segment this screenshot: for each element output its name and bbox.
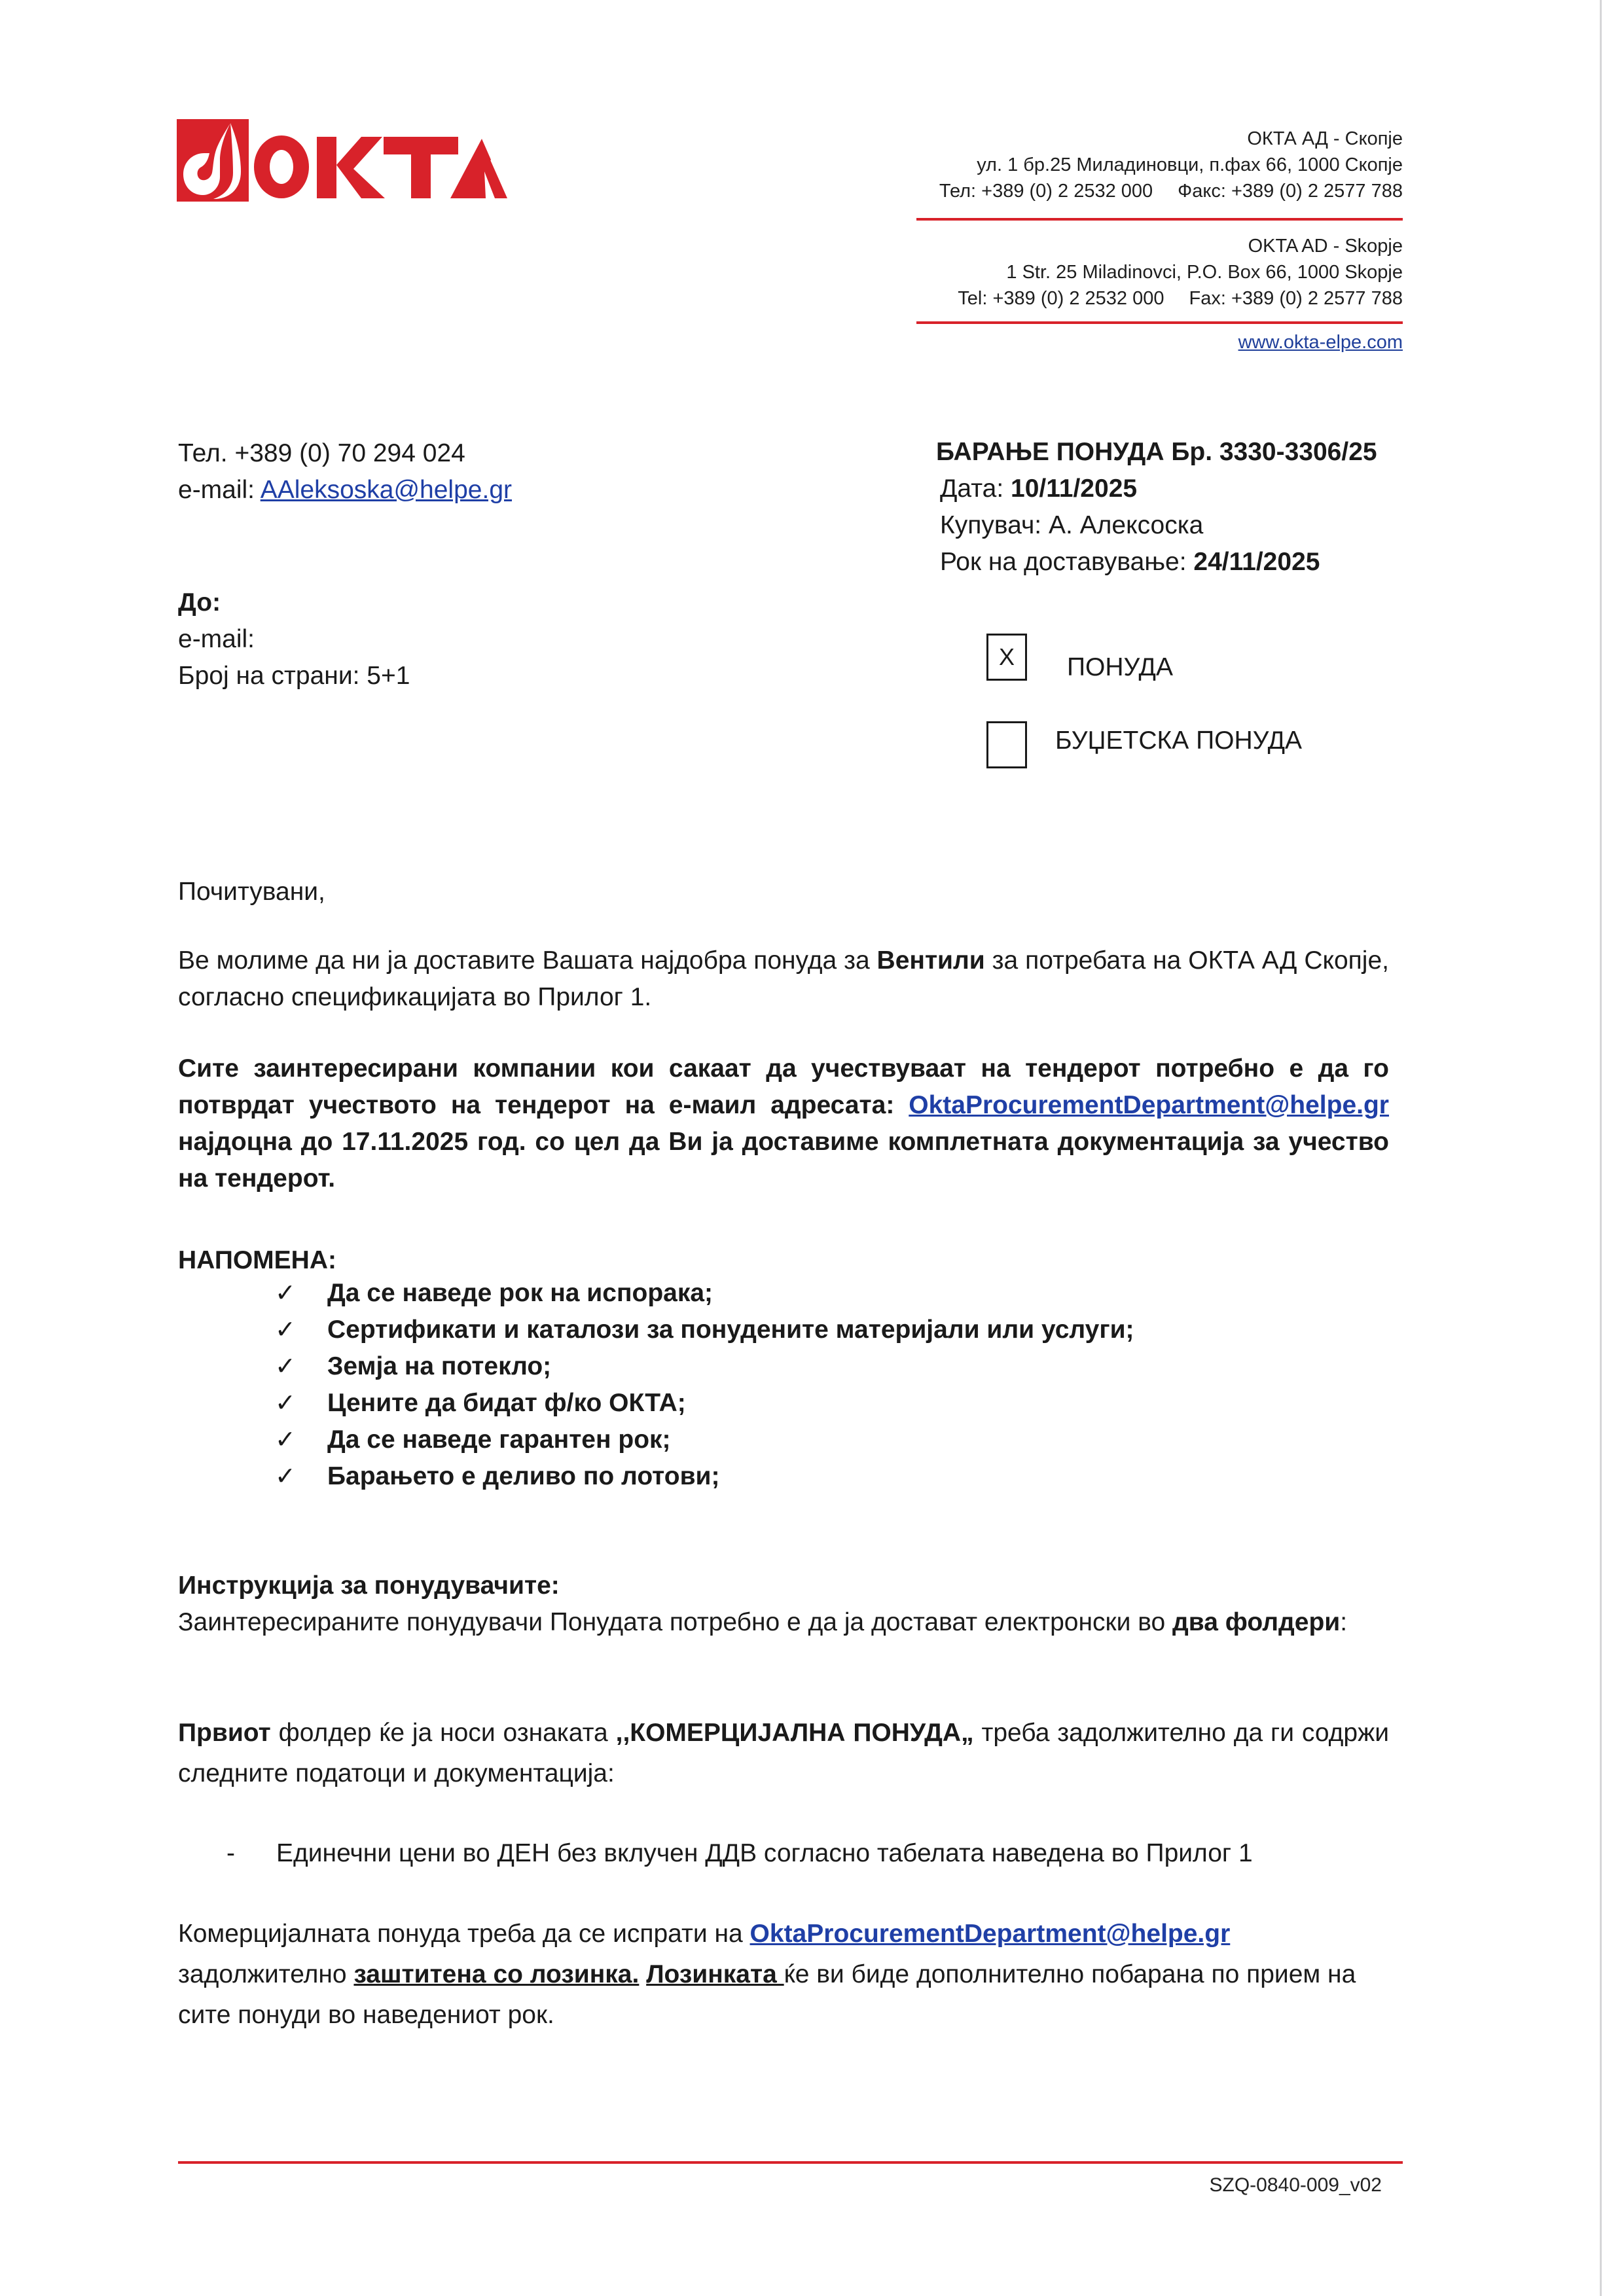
page-count: Број на страни: 5+1 [178, 658, 410, 694]
phone-fax-mk: Тел: +389 (0) 2 2532 000Факс: +389 (0) 2… [939, 178, 1403, 204]
budget-offer-checkbox-label: БУЏЕТСКА ПОНУДА [1055, 726, 1302, 755]
note-text: Сертификати и каталози за понудените мат… [327, 1312, 1134, 1348]
two-folders: два фолдери [1172, 1608, 1340, 1636]
procurement-email-link[interactable]: OktaProcurementDepartment@helpe.gr [909, 1091, 1389, 1119]
phone-mk: Тел: +389 (0) 2 2532 000 [939, 181, 1153, 202]
procurement-email-link[interactable]: OktaProcurementDepartment@helpe.gr [750, 1920, 1231, 1948]
offer-checkbox[interactable]: X [986, 634, 1027, 681]
header-divider [916, 218, 1403, 221]
letterhead-en: OKTA AD - Skopje 1 Str. 25 Miladinovci, … [958, 233, 1403, 312]
spacer [639, 1960, 646, 1988]
notes-list: ✓Да се наведе рок на испорака; ✓Сертифик… [275, 1275, 1134, 1495]
to-label: До: [178, 584, 410, 621]
company-name-mk: ОКТА АД - Скопје [939, 126, 1403, 152]
instructions-text-end: : [1340, 1608, 1347, 1636]
list-item: ✓Земја на потекло; [275, 1348, 1134, 1385]
intro-paragraph: Ве молиме да ни ја доставите Вашата најд… [178, 942, 1389, 1016]
fax-mk: Факс: +389 (0) 2 2577 788 [1178, 181, 1403, 202]
checkmark-icon: ✓ [275, 1385, 327, 1422]
sender-phone: Тел. +389 (0) 70 294 024 [178, 435, 512, 472]
instructions-text: Заинтересираните понудувачи Понудата пот… [178, 1608, 1172, 1636]
recipient-email: e-mail: [178, 621, 410, 658]
sender-email-row: e-mail: AAleksoska@helpe.gr [178, 472, 512, 509]
list-item: ✓Да се наведе гарантен рок; [275, 1422, 1134, 1458]
commercial-offer-label: ,,КОМЕРЦИЈАЛНА ПОНУДА„ [616, 1719, 974, 1747]
password-protected: заштитена со лозинка. [353, 1960, 639, 1988]
phone-fax-en: Tel: +389 (0) 2 2532 000Fax: +389 (0) 2 … [958, 285, 1403, 312]
note-text: Барањето е деливо по лотови; [327, 1458, 720, 1495]
fax-en: Fax: +389 (0) 2 2577 788 [1189, 288, 1403, 309]
note-text: Цените да бидат ф/ко ОКТА; [327, 1385, 686, 1422]
tender-paragraph: Сите заинтересирани компании кои сакаат … [178, 1050, 1389, 1197]
date-label: Дата: [940, 475, 1011, 503]
request-date-row: Дата: 10/11/2025 [940, 471, 1377, 507]
list-item: ✓Сертификати и каталози за понудените ма… [275, 1312, 1134, 1348]
commercial-paragraph: Комерцијалната понуда треба да се испрат… [178, 1914, 1389, 2036]
sender-email-link[interactable]: AAleksoska@helpe.gr [261, 476, 512, 504]
note-heading: НАПОМЕНА: [178, 1242, 1389, 1279]
checkmark-icon: ✓ [275, 1275, 327, 1312]
first-folder-text: фолдер ќе ја носи ознаката [271, 1719, 616, 1747]
okta-drop-icon [177, 119, 249, 202]
note-text: Да се наведе рок на испорака; [327, 1275, 713, 1312]
intro-text: Ве молиме да ни ја доставите Вашата најд… [178, 946, 877, 975]
okta-wordmark [254, 135, 507, 198]
buyer: Купувач: А. Алексоска [940, 507, 1377, 544]
recipient-block: До: e-mail: Број на страни: 5+1 [178, 584, 410, 694]
header-divider [916, 321, 1403, 324]
request-title: БАРАЊЕ ПОНУДА Бр. 3330-3306/25 [936, 434, 1377, 471]
commercial-text-mid: задолжително [178, 1960, 353, 1988]
request-date: 10/11/2025 [1011, 475, 1137, 503]
checkmark-icon: ✓ [275, 1348, 327, 1385]
bullet-text: Единечни цени во ДЕН без вклучен ДДВ сог… [276, 1839, 1253, 1868]
sender-email-label: e-mail: [178, 476, 261, 504]
okta-logo [177, 119, 507, 202]
instructions-heading: Инструкција за понудувачите: [178, 1568, 1389, 1604]
scan-edge-line [1600, 0, 1602, 2296]
checkmark-icon: ✓ [275, 1422, 327, 1458]
website-link[interactable]: www.okta-elpe.com [1238, 332, 1403, 353]
sender-contact: Тел. +389 (0) 70 294 024 e-mail: AAlekso… [178, 435, 512, 509]
instructions-paragraph: Заинтересираните понудувачи Понудата пот… [178, 1604, 1389, 1641]
dash-bullet-icon: - [226, 1839, 276, 1868]
commercial-text: Комерцијалната понуда треба да се испрат… [178, 1920, 750, 1948]
first-label: Првиот [178, 1719, 271, 1747]
note-text: Земја на потекло; [327, 1348, 551, 1385]
requested-item: Вентили [877, 946, 985, 975]
password-label: Лозинката [646, 1960, 784, 1988]
address-mk: ул. 1 бр.25 Миладиновци, п.фах 66, 1000 … [939, 152, 1403, 178]
deadline-row: Рок на доставување: 24/11/2025 [940, 544, 1377, 581]
request-info: БАРАЊЕ ПОНУДА Бр. 3330-3306/25 Дата: 10/… [940, 434, 1377, 581]
note-text: Да се наведе гарантен рок; [327, 1422, 671, 1458]
list-item: ✓Да се наведе рок на испорака; [275, 1275, 1134, 1312]
checkmark-icon: ✓ [275, 1458, 327, 1495]
greeting: Почитувани, [178, 874, 1389, 910]
footer-divider [178, 2161, 1403, 2164]
address-en: 1 Str. 25 Miladinovci, P.O. Box 66, 1000… [958, 259, 1403, 285]
deadline-date: 24/11/2025 [1193, 548, 1320, 576]
offer-checkbox-label: ПОНУДА [1067, 653, 1173, 682]
requirement-bullet: -Единечни цени во ДЕН без вклучен ДДВ со… [226, 1839, 1253, 1868]
letterhead-mk: ОКТА АД - Скопје ул. 1 бр.25 Миладиновци… [939, 126, 1403, 204]
company-name-en: OKTA AD - Skopje [958, 233, 1403, 259]
checkmark-icon: ✓ [275, 1312, 327, 1348]
document-code: SZQ-0840-009_v02 [1210, 2174, 1382, 2197]
tender-text-end: најдоцна до 17.11.2025 год. со цел да Ви… [178, 1128, 1389, 1193]
list-item: ✓Цените да бидат ф/ко ОКТА; [275, 1385, 1134, 1422]
budget-offer-checkbox[interactable] [986, 721, 1027, 768]
phone-en: Tel: +389 (0) 2 2532 000 [958, 288, 1164, 309]
list-item: ✓Барањето е деливо по лотови; [275, 1458, 1134, 1495]
first-folder-paragraph: Првиот фолдер ќе ја носи ознаката ,,КОМЕ… [178, 1713, 1389, 1794]
deadline-label: Рок на доставување: [940, 548, 1193, 576]
